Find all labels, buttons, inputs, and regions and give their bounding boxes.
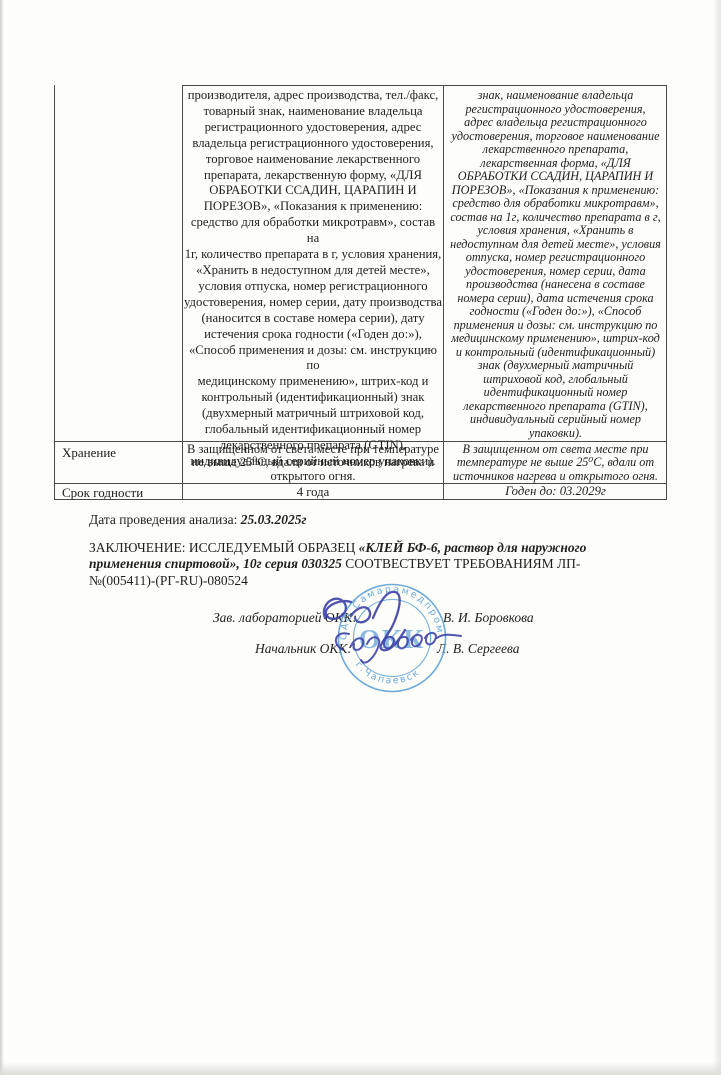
signature-2-ink: [336, 633, 461, 663]
table-border-right: [666, 85, 667, 499]
shelf-life-row-label: Срок годности: [62, 485, 143, 501]
table-border-left: [54, 85, 55, 499]
analysis-date-label: Дата проведения анализа:: [89, 512, 241, 527]
analysis-date-line: Дата проведения анализа: 25.03.2025г: [89, 512, 306, 528]
page-edge-right: [713, 0, 721, 1075]
scanned-document-page: производителя, адрес производства, тел./…: [0, 0, 721, 1075]
shelf-life-actual-cell: Годен до: 03.2029г: [446, 484, 665, 499]
marking-actual-cell: знак, наименование владельца регистрацио…: [446, 89, 665, 440]
page-edge-left: [0, 0, 4, 1075]
shelf-life-requirements-cell: 4 года: [184, 485, 442, 500]
analysis-date-value: 25.03.2025г: [241, 512, 307, 527]
storage-actual-cell: В защищенном от света месте при температ…: [446, 443, 665, 483]
page-edge-bottom: [0, 1062, 721, 1075]
storage-row-label: Хранение: [62, 445, 116, 461]
marking-requirements-cell: производителя, адрес производства, тел./…: [184, 88, 442, 470]
table-divider-2: [443, 85, 444, 499]
table-border-top: [182, 85, 667, 86]
storage-requirements-cell: В защищенном от света месте при температ…: [184, 443, 442, 483]
table-divider-1: [182, 85, 183, 499]
conclusion-prefix: ЗАКЛЮЧЕНИЕ: ИССЛЕДУЕМЫЙ ОБРАЗЕЦ: [89, 540, 359, 555]
handwritten-signatures: [295, 576, 505, 678]
